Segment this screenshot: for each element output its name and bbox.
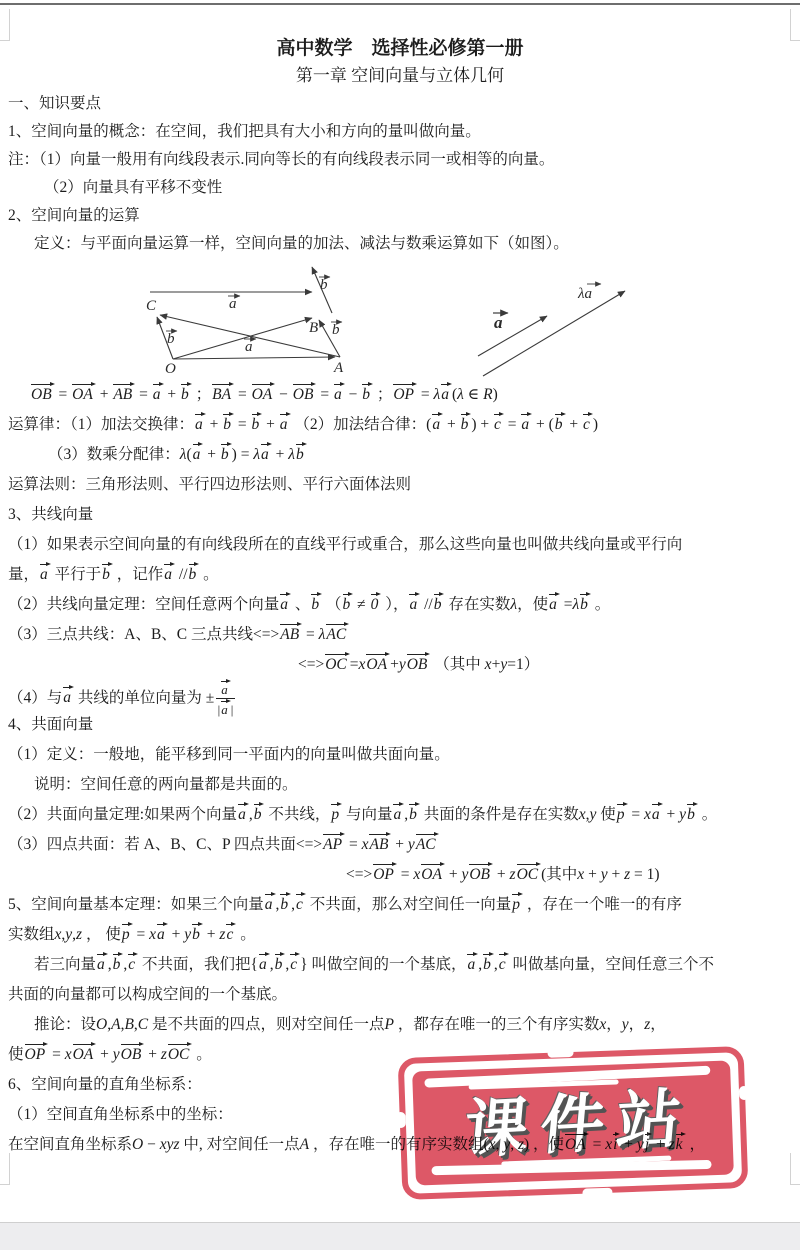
vector-a-label: a [229,296,237,312]
doc-line: 共面的向量都可以构成空间的一个基底。 [8,980,800,1010]
doc-line: <=>OC=xOA+yOB （其中 x+y=1） [8,650,800,680]
edge-OA [173,357,335,359]
point-C-label: C [146,298,157,314]
doc-line: 定义：与平面向量运算一样，空间向量的加法、减法与数乘运算如下（如图）。 [8,230,800,258]
doc-line: 运算律：（1）加法交换律：a + b = b + a （2）加法结合律：(a +… [8,410,800,440]
document-page: { "doc": { "title": "高中数学 选择性必修第一册", "su… [0,0,800,1250]
doc-line: （3）三点共线：A、B、C 三点共线<=>AB = λAC [8,620,800,650]
doc-line: 注：（1）向量一般用有向线段表示.同向等长的有向线段表示同一或相等的向量。 [8,146,800,174]
doc-line: 推论：设O,A,B,C 是不共面的四点，则对空间任一点P ，都存在唯一的三个有序… [8,1010,800,1040]
doc-line: 5、空间向量基本定理：如果三个向量a,b,c 不共面，那么对空间任一向量p ，存… [8,890,800,920]
vector-lambda-a-arrow [483,291,625,376]
doc-line: 实数组x,y,z ， 使p = xa + yb + zc 。 [8,920,800,950]
watermark-stamp: 课件站 [398,1046,749,1200]
vector-diagram-svg: a b b a b C O A B a λa [140,258,660,380]
doc-line: 2、空间向量的运算 [8,202,800,230]
doc-line: 1、空间向量的概念：在空间，我们把具有大小和方向的量叫做向量。 [8,118,800,146]
stamp-text: 课件站 [396,1064,750,1174]
document-title: 高中数学 选择性必修第一册 [0,36,800,62]
stamp-distress-mark [547,1048,573,1058]
doc-line: 一、知识要点 [8,90,800,118]
doc-line: （1）如果表示空间向量的有向线段所在的直线平行或重合，那么这些向量也叫做共线向量… [8,530,800,560]
doc-line: 量，a 平行于b ，记作a //b 。 [8,560,800,590]
vector-a-label: a [245,339,253,355]
doc-line: 4、共面向量 [8,710,800,740]
doc-line: （1）定义：一般地，能平移到同一平面内的向量叫做共面向量。 [8,740,800,770]
point-O-label: O [165,361,176,377]
doc-line: <=>OP = xOA + yOB + zOC(其中x + y + z = 1) [8,860,800,890]
vector-lambda-a-label: λa [577,286,592,302]
point-A-label: A [333,360,344,376]
vector-b-label: b [320,277,328,293]
vector-a-label: a [494,313,503,332]
text-block-bottom: OB = OA + AB = a + b ；BA = OA − OB = a −… [0,380,800,1160]
doc-line: （4）与a 共线的单位向量为 ±a|a| [8,680,800,710]
page-bottom-gutter [0,1222,800,1250]
doc-line: 运算法则：三角形法则、平行四边形法则、平行六面体法则 [8,470,800,500]
doc-line: （2）共面向量定理:如果两个向量a,b 不共线，p 与向量a,b 共面的条件是存… [8,800,800,830]
stamp-distress-mark [582,1188,612,1198]
text-block-top: 一、知识要点1、空间向量的概念：在空间，我们把具有大小和方向的量叫做向量。注：（… [0,90,800,258]
doc-line: （2）向量具有平移不变性 [8,174,800,202]
point-B-label: B [309,320,318,336]
edge-OB [173,318,312,359]
doc-line: 3、共线向量 [8,500,800,530]
vector-a-arrow [478,316,547,356]
doc-line: 说明：空间任意的两向量都是共面的。 [8,770,800,800]
document-content: 高中数学 选择性必修第一册 第一章 空间向量与立体几何 一、知识要点1、空间向量… [0,0,800,1160]
doc-line: （3）数乘分配律：λ(a + b) = λa + λb [8,440,800,470]
vector-diagram-figure: a b b a b C O A B a λa [0,258,800,380]
doc-line: 若三向量a,b,c 不共面，我们把{a,b,c} 叫做空间的一个基底，a,b,c… [8,950,800,980]
vector-b-label: b [167,331,175,347]
chapter-title: 第一章 空间向量与立体几何 [0,62,800,90]
vector-b-label: b [332,322,340,338]
doc-line: （2）共线向量定理：空间任意两个向量a 、b （b ≠ 0 ），a //b 存在… [8,590,800,620]
doc-line: OB = OA + AB = a + b ；BA = OA − OB = a −… [8,380,800,410]
doc-line: （3）四点共面：若 A、B、C、P 四点共面<=>AP = xAB + yAC [8,830,800,860]
